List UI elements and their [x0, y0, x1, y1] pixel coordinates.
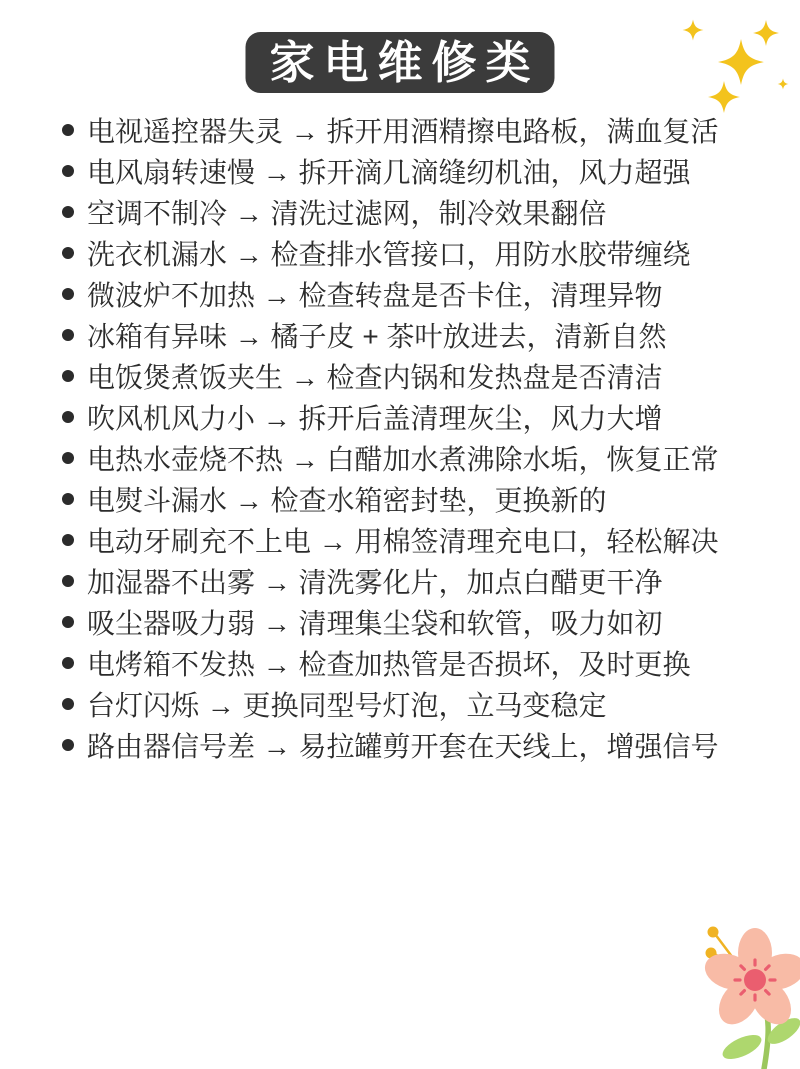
- repair-tip-text: 洗衣机漏水 → 检查排水管接口，用防水胶带缠绕: [87, 233, 691, 273]
- bullet-dot-icon: [62, 124, 74, 136]
- repair-tip-item: 电饭煲煮饭夹生 → 检查内锅和发热盘是否清洁: [62, 355, 719, 396]
- repair-tip-text: 电饭煲煮饭夹生 → 检查内锅和发热盘是否清洁: [87, 356, 663, 396]
- repair-tip-item: 电热水壶烧不热 → 白醋加水煮沸除水垢，恢复正常: [62, 437, 719, 478]
- title-badge: 家电维修类: [245, 32, 554, 93]
- repair-tip-item: 微波炉不加热 → 检查转盘是否卡住，清理异物: [62, 273, 719, 314]
- repair-tip-item: 电动牙刷充不上电 → 用棉签清理充电口，轻松解决: [62, 519, 719, 560]
- repair-tip-text: 路由器信号差 → 易拉罐剪开套在天线上，增强信号: [87, 725, 719, 765]
- flower-icon: [690, 918, 800, 1069]
- repair-tip-text: 冰箱有异味 → 橘子皮 + 茶叶放进去，清新自然: [87, 315, 666, 355]
- bullet-dot-icon: [62, 370, 74, 382]
- repair-tip-text: 空调不制冷 → 清洗过滤网，制冷效果翻倍: [87, 192, 607, 232]
- repair-tips-list: 电视遥控器失灵 → 拆开用酒精擦电路板，满血复活电风扇转速慢 → 拆开滴几滴缝纫…: [62, 109, 719, 765]
- bullet-dot-icon: [62, 616, 74, 628]
- repair-tip-item: 吹风机风力小 → 拆开后盖清理灰尘，风力大增: [62, 396, 719, 437]
- repair-tip-item: 冰箱有异味 → 橘子皮 + 茶叶放进去，清新自然: [62, 314, 719, 355]
- page-canvas: 家电维修类 电视遥控器失灵 → 拆开用酒精擦电路板，满血复活电风扇转速慢 → 拆…: [0, 0, 800, 1069]
- bullet-dot-icon: [62, 329, 74, 341]
- repair-tip-text: 台灯闪烁 → 更换同型号灯泡，立马变稳定: [87, 684, 607, 724]
- repair-tip-item: 加湿器不出雾 → 清洗雾化片，加点白醋更干净: [62, 560, 719, 601]
- bullet-dot-icon: [62, 493, 74, 505]
- bullet-dot-icon: [62, 288, 74, 300]
- repair-tip-text: 电风扇转速慢 → 拆开滴几滴缝纫机油，风力超强: [87, 151, 691, 191]
- repair-tip-text: 电视遥控器失灵 → 拆开用酒精擦电路板，满血复活: [87, 110, 719, 150]
- bullet-dot-icon: [62, 739, 74, 751]
- repair-tip-item: 电风扇转速慢 → 拆开滴几滴缝纫机油，风力超强: [62, 150, 719, 191]
- bullet-dot-icon: [62, 575, 74, 587]
- flower-center: [744, 969, 766, 991]
- bullet-dot-icon: [62, 165, 74, 177]
- repair-tip-text: 加湿器不出雾 → 清洗雾化片，加点白醋更干净: [87, 561, 663, 601]
- bullet-dot-icon: [62, 698, 74, 710]
- bullet-dot-icon: [62, 534, 74, 546]
- repair-tip-text: 吸尘器吸力弱 → 清理集尘袋和软管，吸力如初: [87, 602, 663, 642]
- repair-tip-text: 电熨斗漏水 → 检查水箱密封垫，更换新的: [87, 479, 607, 519]
- flower-stamen-tip: [708, 927, 719, 938]
- repair-tip-text: 电动牙刷充不上电 → 用棉签清理充电口，轻松解决: [87, 520, 719, 560]
- sparkle-star-icon: [778, 79, 789, 90]
- sparkle-star-icon: [683, 20, 704, 41]
- repair-tip-text: 电烤箱不发热 → 检查加热管是否损坏，及时更换: [87, 643, 691, 683]
- sparkles-icon: [663, 6, 798, 121]
- repair-tip-item: 空调不制冷 → 清洗过滤网，制冷效果翻倍: [62, 191, 719, 232]
- repair-tip-item: 电熨斗漏水 → 检查水箱密封垫，更换新的: [62, 478, 719, 519]
- sparkle-star-icon: [718, 39, 764, 85]
- repair-tip-text: 微波炉不加热 → 检查转盘是否卡住，清理异物: [87, 274, 663, 314]
- sparkle-star-icon: [753, 20, 779, 46]
- repair-tip-text: 吹风机风力小 → 拆开后盖清理灰尘，风力大增: [87, 397, 663, 437]
- repair-tip-item: 电烤箱不发热 → 检查加热管是否损坏，及时更换: [62, 642, 719, 683]
- page-title: 家电维修类: [269, 37, 539, 88]
- repair-tip-item: 吸尘器吸力弱 → 清理集尘袋和软管，吸力如初: [62, 601, 719, 642]
- bullet-dot-icon: [62, 452, 74, 464]
- repair-tip-item: 电视遥控器失灵 → 拆开用酒精擦电路板，满血复活: [62, 109, 719, 150]
- flower-leaf: [719, 1030, 765, 1064]
- repair-tip-item: 洗衣机漏水 → 检查排水管接口，用防水胶带缠绕: [62, 232, 719, 273]
- repair-tip-item: 台灯闪烁 → 更换同型号灯泡，立马变稳定: [62, 683, 719, 724]
- repair-tip-text: 电热水壶烧不热 → 白醋加水煮沸除水垢，恢复正常: [87, 438, 719, 478]
- repair-tip-item: 路由器信号差 → 易拉罐剪开套在天线上，增强信号: [62, 724, 719, 765]
- bullet-dot-icon: [62, 657, 74, 669]
- bullet-dot-icon: [62, 206, 74, 218]
- bullet-dot-icon: [62, 247, 74, 259]
- bullet-dot-icon: [62, 411, 74, 423]
